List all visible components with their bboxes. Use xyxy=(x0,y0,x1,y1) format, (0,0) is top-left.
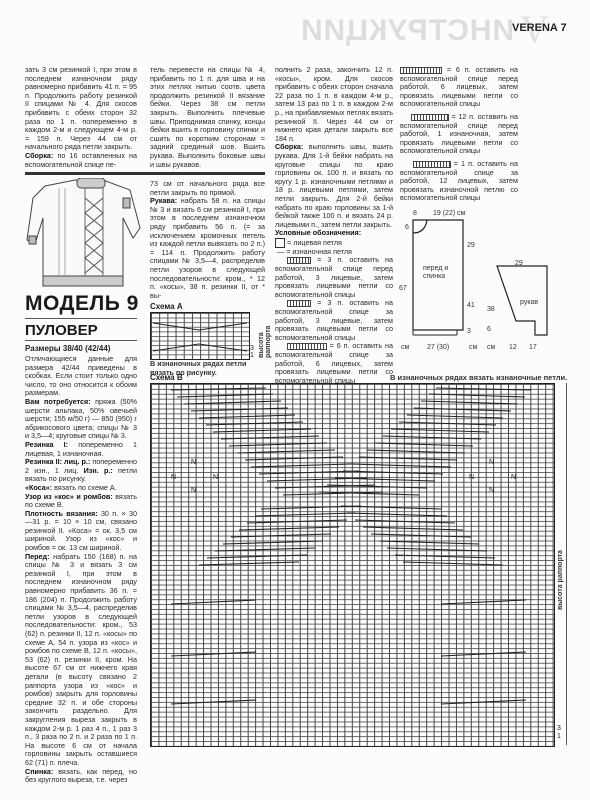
subtitle-divider xyxy=(25,340,137,341)
dim-sleeve-height: 38 xyxy=(487,306,495,313)
ghost-header-title: ИНСТРУКЦИИ xyxy=(300,14,514,48)
cable-6-front-symbol xyxy=(400,67,442,74)
dim-lower-body: 41 xyxy=(467,302,475,309)
cable-3-back-symbol xyxy=(287,300,311,307)
schema-b-row-marks: 3 1 xyxy=(557,725,561,741)
col1-top-text: зать 3 см резинкой I, при этом в последн… xyxy=(25,66,137,169)
legend-title: Условные обозначения: xyxy=(275,228,361,237)
col3-text: полнить 2 раза, закончить 12 п. «косы», … xyxy=(275,66,393,385)
page-brand: VERENA 7 xyxy=(512,22,567,34)
sizes-heading: Размеры 38/40 (42/44) xyxy=(25,344,110,353)
cable-12-front-symbol xyxy=(411,114,449,121)
dim-neck-depth: 6 xyxy=(405,224,409,231)
svg-text:N: N xyxy=(171,474,176,481)
schema-a-repeat-height: высота раппорта xyxy=(258,306,272,358)
svg-text:N: N xyxy=(511,474,516,481)
dim-neck-width: 8 xyxy=(413,210,417,217)
svg-text:N: N xyxy=(191,487,196,494)
schema-b-label: Схема В xyxy=(150,373,183,382)
svg-text:N: N xyxy=(191,459,196,466)
model-subtitle: ПУЛОВЕР xyxy=(25,322,98,339)
dim-sleeve-bottom-1: 12 xyxy=(509,344,517,351)
schema-b-repeat-height: высота раппорта xyxy=(557,540,564,610)
schema-a-cable-lines xyxy=(151,313,249,359)
dim-armhole: 29 xyxy=(467,242,475,249)
dim-unit: см xyxy=(457,210,465,217)
garment-schematic: 8 19 (22) см 6 29 67 41 3 перед и спинка… xyxy=(395,210,590,340)
schema-a-row-marks: 3 1 xyxy=(250,345,254,359)
schema-a-chart xyxy=(150,312,250,360)
svg-text:N: N xyxy=(489,487,494,494)
dim-total-height: 67 xyxy=(399,285,407,292)
cable-6-back-symbol xyxy=(287,343,327,350)
schema-b-repeat-bracket xyxy=(566,383,567,745)
col2-top-text: тель перевести на спицы № 4, прибавить п… xyxy=(150,66,265,169)
schema-b-chart: NNNN NNNN xyxy=(150,383,555,747)
schema-a-label: Схема А xyxy=(150,302,183,311)
svg-text:N: N xyxy=(213,474,218,481)
left-body-text: Отличающиеся данные для размера 42/44 пр… xyxy=(25,355,137,785)
svg-text:N: N xyxy=(489,459,494,466)
sweater-illustration xyxy=(25,178,143,288)
dim-sleeve-bottom-2: 17 xyxy=(529,344,537,351)
schema-b-cable-lines: NNNN NNNN xyxy=(151,384,554,746)
dim-shoulder-width: 19 (22) xyxy=(433,210,455,217)
dim-rib: 3 xyxy=(467,328,471,335)
title-divider xyxy=(25,318,137,319)
svg-text:N: N xyxy=(469,474,474,481)
cable-3-front-symbol xyxy=(287,257,311,264)
schema-b-note: В изнаночных рядах вязать изнаночные пет… xyxy=(390,373,567,382)
dim-body-width: 27 (30) xyxy=(427,344,449,351)
col4-text: = 6 п. оставить на вспомогательной спице… xyxy=(400,66,518,203)
sleeve-piece-label: рукав xyxy=(520,299,538,306)
dim-sleeve-top: 29 xyxy=(515,260,523,267)
mid-body-text: 73 см от начального ряда все петли закры… xyxy=(150,180,265,300)
body-piece-label: перед и спинка xyxy=(423,265,453,281)
model-title: МОДЕЛЬ 9 xyxy=(25,292,139,316)
cable-1-back-symbol xyxy=(413,161,451,168)
dim-sleeve-cuff: 6 xyxy=(487,326,491,333)
section-divider xyxy=(25,172,265,175)
